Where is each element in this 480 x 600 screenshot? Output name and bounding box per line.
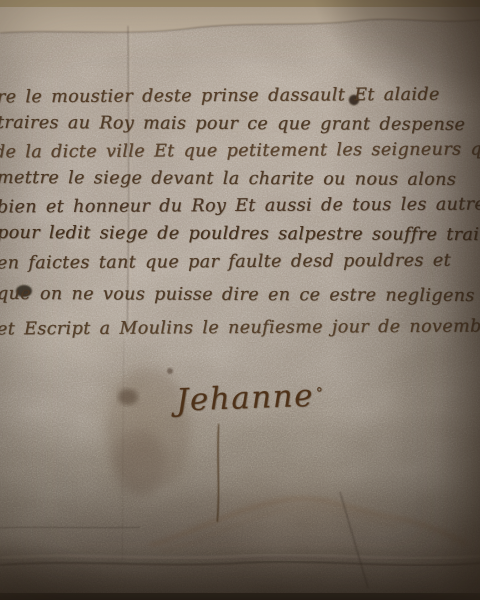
manuscript-photo: re le moustier deste prinse dassault Et … xyxy=(0,0,480,600)
photo-vignette xyxy=(0,0,480,600)
